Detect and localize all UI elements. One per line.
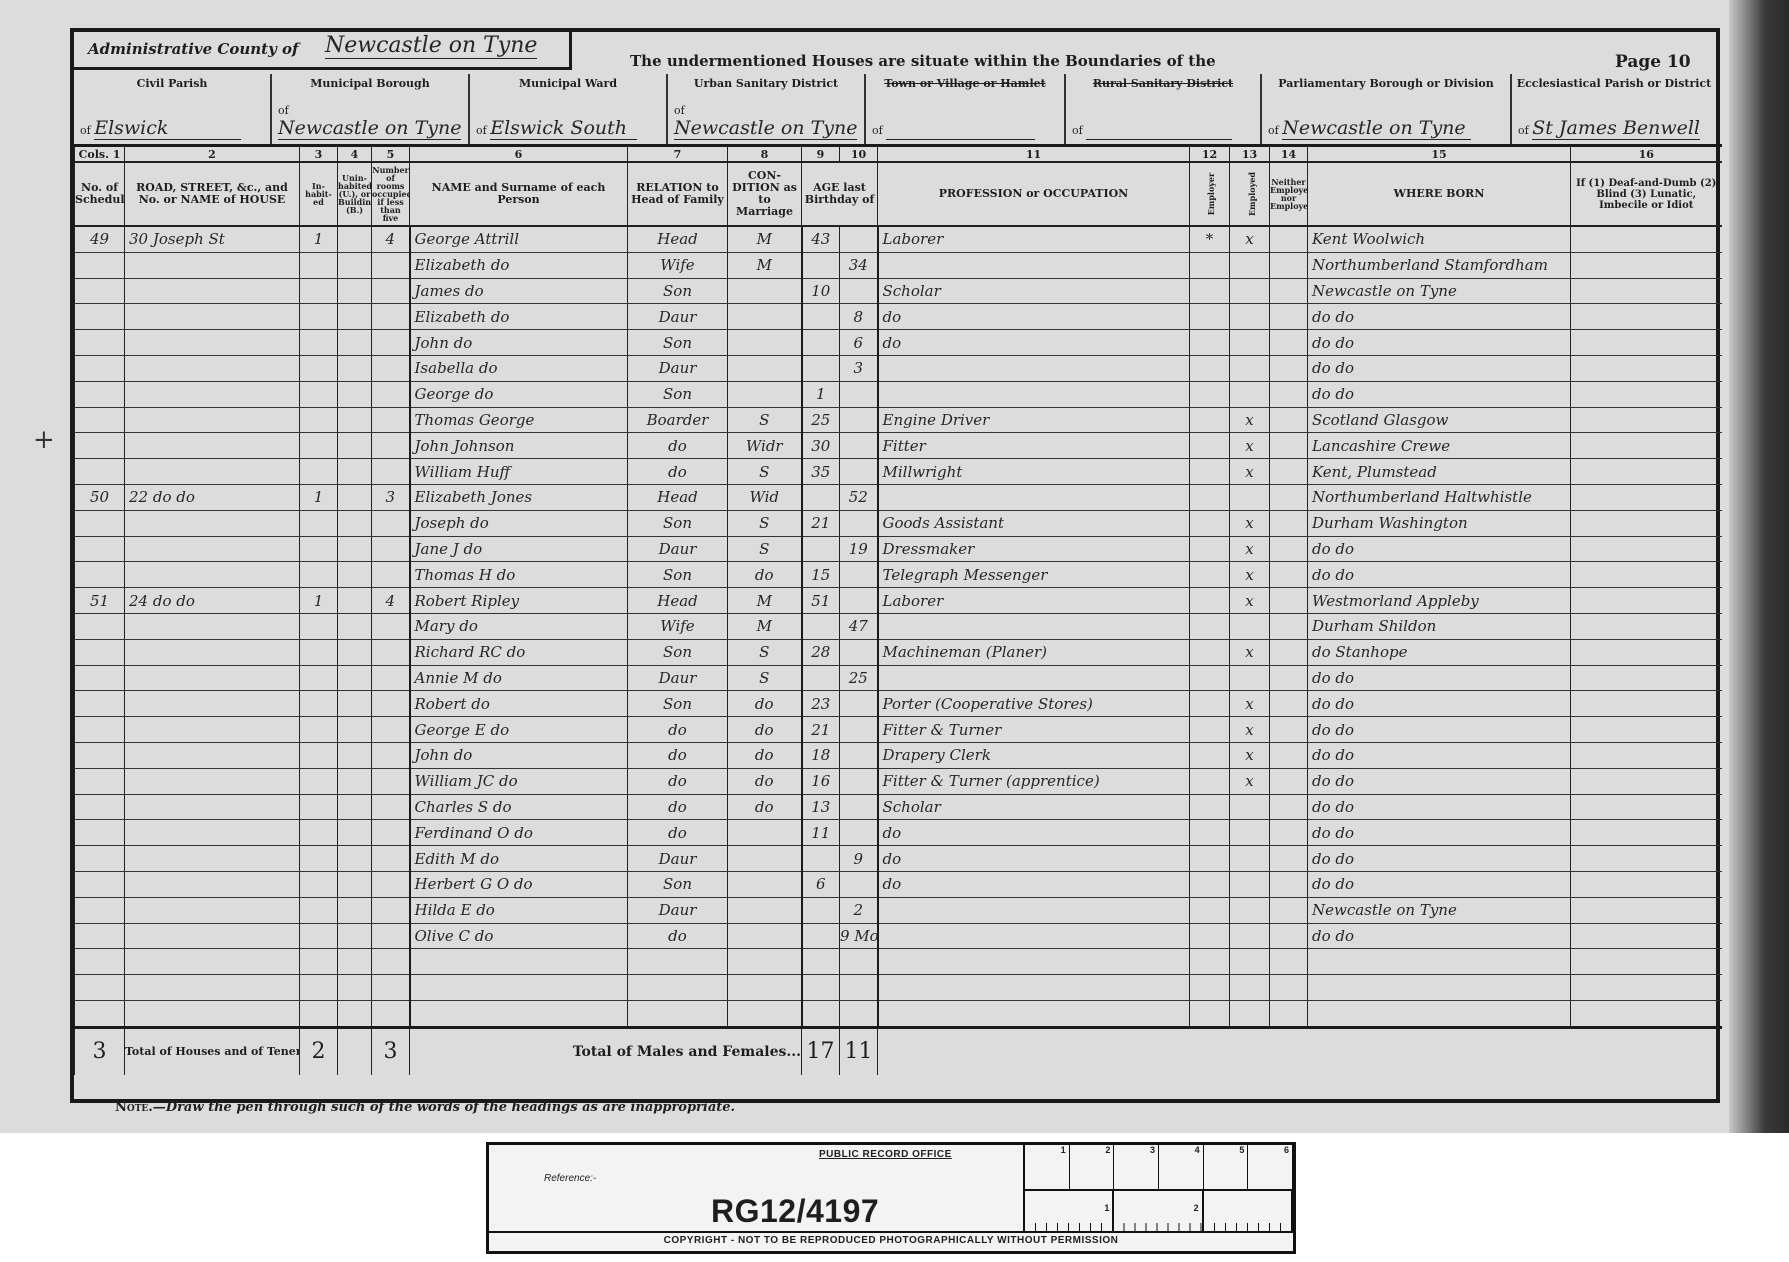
cell-address [125, 407, 300, 433]
cell-address: 22 do do [125, 484, 300, 510]
cell-rooms [372, 562, 410, 588]
cell-where-born: do do [1308, 665, 1571, 691]
district-rural-sanitary-district: Rural Sanitary Districtof [1066, 74, 1262, 144]
cell-condition: S [728, 510, 802, 536]
cell-male-age [802, 897, 840, 923]
cell-relation: Daur [628, 665, 728, 691]
cell-uninhabited [338, 975, 372, 1001]
header-employed: Employed [1230, 162, 1270, 226]
cell-inhabited [300, 1000, 338, 1027]
cell-male-age: 43 [802, 226, 840, 252]
cell-female-age: 2 [840, 897, 878, 923]
cell-name: George do [410, 381, 628, 407]
cell-female-age: 6 [840, 330, 878, 356]
county-value: Newcastle on Tyne [325, 33, 537, 59]
cell-female-age [840, 433, 878, 459]
cell-infirmity [1571, 742, 1722, 768]
cell-uninhabited [338, 639, 372, 665]
district-value: of Elswick [80, 117, 264, 140]
cell-where-born: do do [1308, 923, 1571, 949]
cell-address [125, 665, 300, 691]
cell-relation: do [628, 768, 728, 794]
cell-infirmity [1571, 975, 1722, 1001]
cell-neither [1270, 562, 1308, 588]
cell-occupation [878, 1000, 1190, 1027]
cell-employer [1190, 278, 1230, 304]
cell-name: Elizabeth Jones [410, 484, 628, 510]
cell-infirmity [1571, 897, 1722, 923]
ruler-mark: 1 [1025, 1191, 1114, 1233]
cell-name: John do [410, 742, 628, 768]
cell-male-age: 15 [802, 562, 840, 588]
cell-employer: * [1190, 226, 1230, 252]
cell-relation [628, 949, 728, 975]
cell-uninhabited [338, 871, 372, 897]
cell-employed [1230, 330, 1270, 356]
cell-rooms [372, 717, 410, 743]
cell-where-born: do do [1308, 330, 1571, 356]
table-row: Thomas H doSondo15Telegraph Messengerxdo… [75, 562, 1722, 588]
cell-name: George E do [410, 717, 628, 743]
column-number: 5 [372, 146, 410, 163]
cell-uninhabited [338, 794, 372, 820]
cell-address [125, 923, 300, 949]
cell-where-born [1308, 975, 1571, 1001]
cell-female-age: 3 [840, 355, 878, 381]
cell-rooms [372, 510, 410, 536]
table-row: John doSon6dodo do [75, 330, 1722, 356]
cell-employed: x [1230, 588, 1270, 614]
administrative-county: Administrative County of Newcastle on Ty… [70, 28, 572, 70]
cell-where-born: Northumberland Stamfordham [1308, 252, 1571, 278]
cell-schedule [75, 949, 125, 975]
cell-inhabited [300, 562, 338, 588]
cell-infirmity [1571, 355, 1722, 381]
cell-employed [1230, 897, 1270, 923]
cell-employer [1190, 433, 1230, 459]
cell-where-born: do do [1308, 871, 1571, 897]
district-label: Town or Village or Hamlet [866, 78, 1064, 90]
cell-rooms [372, 459, 410, 485]
cell-female-age [840, 794, 878, 820]
cell-condition [728, 975, 802, 1001]
cell-male-age [802, 252, 840, 278]
cell-male-age [802, 330, 840, 356]
cell-rooms [372, 923, 410, 949]
ruler-cm-scale: 123456 [1025, 1145, 1293, 1191]
cell-address [125, 459, 300, 485]
cell-male-age: 18 [802, 742, 840, 768]
cell-name: John do [410, 330, 628, 356]
cell-uninhabited [338, 691, 372, 717]
cell-employed [1230, 252, 1270, 278]
cell-uninhabited [338, 304, 372, 330]
cell-where-born: do do [1308, 846, 1571, 872]
cell-schedule [75, 1000, 125, 1027]
total-uninhabited [338, 1027, 372, 1075]
cell-uninhabited [338, 897, 372, 923]
cell-employer [1190, 975, 1230, 1001]
cell-schedule [75, 871, 125, 897]
cell-inhabited [300, 639, 338, 665]
cell-name: Robert Ripley [410, 588, 628, 614]
cell-uninhabited [338, 846, 372, 872]
cell-address [125, 1000, 300, 1027]
cell-inhabited [300, 407, 338, 433]
cell-relation: Head [628, 484, 728, 510]
cell-employer [1190, 588, 1230, 614]
cell-schedule [75, 510, 125, 536]
total-males: 17 [802, 1027, 840, 1075]
cell-inhabited [300, 252, 338, 278]
cell-rooms: 4 [372, 226, 410, 252]
reference-stamp: PUBLIC RECORD OFFICE Reference:- RG12/41… [486, 1142, 1296, 1254]
cell-neither [1270, 355, 1308, 381]
cell-inhabited [300, 871, 338, 897]
header-infirmity: If (1) Deaf-and-Dumb (2) Blind (3) Lunat… [1571, 162, 1722, 226]
cell-address: 24 do do [125, 588, 300, 614]
cell-uninhabited [338, 330, 372, 356]
census-page-scan: + Administrative County of Newcastle on … [0, 0, 1789, 1133]
cell-relation [628, 1000, 728, 1027]
district-label: Rural Sanitary District [1066, 78, 1260, 90]
cell-occupation: Laborer [878, 588, 1190, 614]
cell-employed: x [1230, 691, 1270, 717]
cell-schedule: 49 [75, 226, 125, 252]
cell-schedule [75, 665, 125, 691]
cell-neither [1270, 794, 1308, 820]
table-row [75, 975, 1722, 1001]
district-label: Municipal Borough [272, 78, 468, 90]
table-row: Annie M doDaurS25do do [75, 665, 1722, 691]
ruler-inch-scale: 12 [1025, 1191, 1293, 1233]
cell-condition [728, 304, 802, 330]
cell-schedule [75, 381, 125, 407]
cell-employed [1230, 665, 1270, 691]
cell-inhabited [300, 768, 338, 794]
cell-employed [1230, 794, 1270, 820]
column-number: 9 [802, 146, 840, 163]
total-inhabited: 2 [300, 1027, 338, 1075]
cell-employer [1190, 407, 1230, 433]
cell-uninhabited [338, 665, 372, 691]
cell-where-born: do do [1308, 717, 1571, 743]
ruler-mark: 3 [1114, 1145, 1159, 1189]
table-row: 5124 do do14Robert RipleyHeadM51Laborerx… [75, 588, 1722, 614]
cell-male-age: 30 [802, 433, 840, 459]
form-note: Note.—Draw the pen through such of the w… [115, 1100, 735, 1115]
cell-condition: do [728, 562, 802, 588]
column-number: 6 [410, 146, 628, 163]
cell-employer [1190, 459, 1230, 485]
cell-neither [1270, 717, 1308, 743]
cell-neither [1270, 820, 1308, 846]
cell-neither [1270, 923, 1308, 949]
cell-neither [1270, 588, 1308, 614]
district-civil-parish: Civil Parishof Elswick [74, 74, 272, 144]
cell-employer [1190, 871, 1230, 897]
cell-address [125, 562, 300, 588]
cell-employer [1190, 794, 1230, 820]
column-number: 14 [1270, 146, 1308, 163]
cell-male-age: 35 [802, 459, 840, 485]
header-rooms: Number of rooms occupied if less than fi… [372, 162, 410, 226]
cell-employer [1190, 846, 1230, 872]
cell-name: Annie M do [410, 665, 628, 691]
page-number: Page 10 [1615, 52, 1691, 72]
cell-name [410, 949, 628, 975]
column-number: 12 [1190, 146, 1230, 163]
cell-name: Olive C do [410, 923, 628, 949]
header-occupation: PROFESSION or OCCUPATION [878, 162, 1190, 226]
cell-schedule [75, 407, 125, 433]
total-schedules: 3 [75, 1027, 125, 1075]
cell-rooms [372, 330, 410, 356]
cell-where-born: Durham Washington [1308, 510, 1571, 536]
cell-relation: Wife [628, 613, 728, 639]
header-neither: Neither Employer nor Employed [1270, 162, 1308, 226]
cell-uninhabited [338, 613, 372, 639]
cell-employer [1190, 510, 1230, 536]
cell-where-born: do do [1308, 562, 1571, 588]
district-value: of Newcastle on Tyne [278, 103, 462, 140]
cell-schedule [75, 846, 125, 872]
cell-rooms [372, 407, 410, 433]
district-value: of Elswick South [476, 117, 660, 140]
cell-employed: x [1230, 407, 1270, 433]
cell-female-age: 52 [840, 484, 878, 510]
cell-rooms [372, 768, 410, 794]
cell-uninhabited [338, 923, 372, 949]
cell-where-born: do do [1308, 691, 1571, 717]
cell-neither [1270, 897, 1308, 923]
cell-employed: x [1230, 433, 1270, 459]
cell-where-born: Kent, Plumstead [1308, 459, 1571, 485]
cell-where-born: do do [1308, 355, 1571, 381]
cell-relation: Boarder [628, 407, 728, 433]
cell-neither [1270, 665, 1308, 691]
cell-employed [1230, 381, 1270, 407]
cell-female-age [840, 407, 878, 433]
cell-relation: do [628, 459, 728, 485]
header-road: ROAD, STREET, &c., and No. or NAME of HO… [125, 162, 300, 226]
column-number: Cols. 1 [75, 146, 125, 163]
cell-schedule [75, 691, 125, 717]
cell-infirmity [1571, 820, 1722, 846]
cell-infirmity [1571, 562, 1722, 588]
cell-neither [1270, 871, 1308, 897]
cell-rooms [372, 975, 410, 1001]
cell-infirmity [1571, 459, 1722, 485]
cell-employed: x [1230, 639, 1270, 665]
cell-inhabited [300, 459, 338, 485]
cell-male-age [802, 304, 840, 330]
cell-condition: S [728, 407, 802, 433]
cell-employer [1190, 355, 1230, 381]
cell-name: George Attrill [410, 226, 628, 252]
cell-condition [728, 949, 802, 975]
cell-address [125, 433, 300, 459]
cell-rooms [372, 278, 410, 304]
cell-condition: Widr [728, 433, 802, 459]
cell-relation: do [628, 794, 728, 820]
cell-male-age: 21 [802, 510, 840, 536]
cell-occupation: do [878, 871, 1190, 897]
cell-female-age [840, 278, 878, 304]
cell-employed: x [1230, 510, 1270, 536]
table-row: Elizabeth doDaur8dodo do [75, 304, 1722, 330]
cell-name: Ferdinand O do [410, 820, 628, 846]
cell-female-age [840, 562, 878, 588]
stamp-reference: RG12/4197 [711, 1193, 879, 1230]
cell-rooms [372, 665, 410, 691]
cell-condition: M [728, 252, 802, 278]
cell-schedule [75, 278, 125, 304]
cell-rooms: 4 [372, 588, 410, 614]
cell-address [125, 768, 300, 794]
cell-occupation: do [878, 330, 1190, 356]
cell-female-age [840, 510, 878, 536]
cell-male-age [802, 536, 840, 562]
header-condition: CON-DITION as to Marriage [728, 162, 802, 226]
cell-uninhabited [338, 433, 372, 459]
cell-rooms [372, 846, 410, 872]
district-urban-sanitary-district: Urban Sanitary Districtof Newcastle on T… [668, 74, 866, 144]
column-number: 7 [628, 146, 728, 163]
cell-rooms [372, 949, 410, 975]
cell-infirmity [1571, 949, 1722, 975]
cell-employer [1190, 639, 1230, 665]
cell-female-age [840, 768, 878, 794]
district-label: Urban Sanitary District [668, 78, 864, 90]
district-municipal-borough: Municipal Boroughof Newcastle on Tyne [272, 74, 470, 144]
cell-rooms [372, 742, 410, 768]
cell-rooms [372, 794, 410, 820]
cell-employer [1190, 923, 1230, 949]
district-value: of Newcastle on Tyne [674, 103, 858, 140]
cell-rooms: 3 [372, 484, 410, 510]
cell-rooms [372, 355, 410, 381]
cell-relation: Son [628, 330, 728, 356]
district-label: Ecclesiastical Parish or District [1512, 78, 1716, 90]
cell-relation: Son [628, 381, 728, 407]
cell-female-age: 9 [840, 846, 878, 872]
table-row: John JohnsondoWidr30FitterxLancashire Cr… [75, 433, 1722, 459]
header-where-born: WHERE BORN [1308, 162, 1571, 226]
cell-employer [1190, 562, 1230, 588]
cell-male-age [802, 1000, 840, 1027]
cell-schedule [75, 639, 125, 665]
cell-inhabited [300, 330, 338, 356]
cell-occupation [878, 355, 1190, 381]
cell-rooms [372, 613, 410, 639]
cell-employer [1190, 768, 1230, 794]
table-row: John dododo18Drapery Clerkxdo do [75, 742, 1722, 768]
column-number: 16 [1571, 146, 1722, 163]
cell-rooms [372, 536, 410, 562]
cell-address [125, 794, 300, 820]
table-row: Thomas GeorgeBoarderS25Engine DriverxSco… [75, 407, 1722, 433]
cell-occupation [878, 381, 1190, 407]
cell-uninhabited [338, 742, 372, 768]
cell-male-age: 21 [802, 717, 840, 743]
cell-address [125, 742, 300, 768]
cell-where-born: do do [1308, 381, 1571, 407]
cell-occupation: Fitter [878, 433, 1190, 459]
table-row: William HuffdoS35MillwrightxKent, Plumst… [75, 459, 1722, 485]
cell-name: Herbert G O do [410, 871, 628, 897]
cell-inhabited [300, 510, 338, 536]
cell-name [410, 975, 628, 1001]
cell-schedule [75, 252, 125, 278]
header-relation: RELATION to Head of Family [628, 162, 728, 226]
cell-employed: x [1230, 226, 1270, 252]
cell-condition: S [728, 536, 802, 562]
cell-infirmity [1571, 484, 1722, 510]
cell-condition: do [728, 691, 802, 717]
column-number: 2 [125, 146, 300, 163]
cell-infirmity [1571, 639, 1722, 665]
cell-infirmity [1571, 278, 1722, 304]
cell-condition [728, 278, 802, 304]
cell-schedule [75, 433, 125, 459]
cell-schedule [75, 717, 125, 743]
cell-male-age: 51 [802, 588, 840, 614]
district-value: of [872, 117, 1058, 140]
cell-employer [1190, 665, 1230, 691]
cell-schedule: 51 [75, 588, 125, 614]
cell-condition [728, 355, 802, 381]
cell-male-age [802, 975, 840, 1001]
cell-name: Edith M do [410, 846, 628, 872]
cell-rooms [372, 897, 410, 923]
cell-schedule [75, 536, 125, 562]
column-header-row: No. of Schedule ROAD, STREET, &c., and N… [75, 162, 1722, 226]
cell-infirmity [1571, 665, 1722, 691]
cell-address [125, 278, 300, 304]
cell-condition: Wid [728, 484, 802, 510]
cell-inhabited [300, 794, 338, 820]
table-row [75, 1000, 1722, 1027]
cell-schedule [75, 742, 125, 768]
cell-uninhabited [338, 459, 372, 485]
cell-male-age [802, 846, 840, 872]
cell-occupation: do [878, 846, 1190, 872]
table-row: Charles S dododo13Scholardo do [75, 794, 1722, 820]
cell-female-age [840, 871, 878, 897]
ruler-mark: 2 [1070, 1145, 1115, 1189]
cell-address: 30 Joseph St [125, 226, 300, 252]
cell-employed: x [1230, 768, 1270, 794]
cell-name: Thomas H do [410, 562, 628, 588]
cell-where-born: do do [1308, 536, 1571, 562]
cell-condition: do [728, 742, 802, 768]
cell-occupation: do [878, 820, 1190, 846]
cell-occupation: do [878, 304, 1190, 330]
cell-condition: do [728, 794, 802, 820]
cell-address [125, 975, 300, 1001]
cell-female-age [840, 588, 878, 614]
cell-occupation: Dressmaker [878, 536, 1190, 562]
cell-employer [1190, 484, 1230, 510]
cell-inhabited [300, 846, 338, 872]
cell-condition [728, 1000, 802, 1027]
total-rooms: 3 [372, 1027, 410, 1075]
cell-infirmity [1571, 252, 1722, 278]
district-value: of St James Benwell [1518, 117, 1710, 140]
cell-female-age [840, 742, 878, 768]
column-number-row: Cols. 12345678910111213141516 [75, 146, 1722, 163]
